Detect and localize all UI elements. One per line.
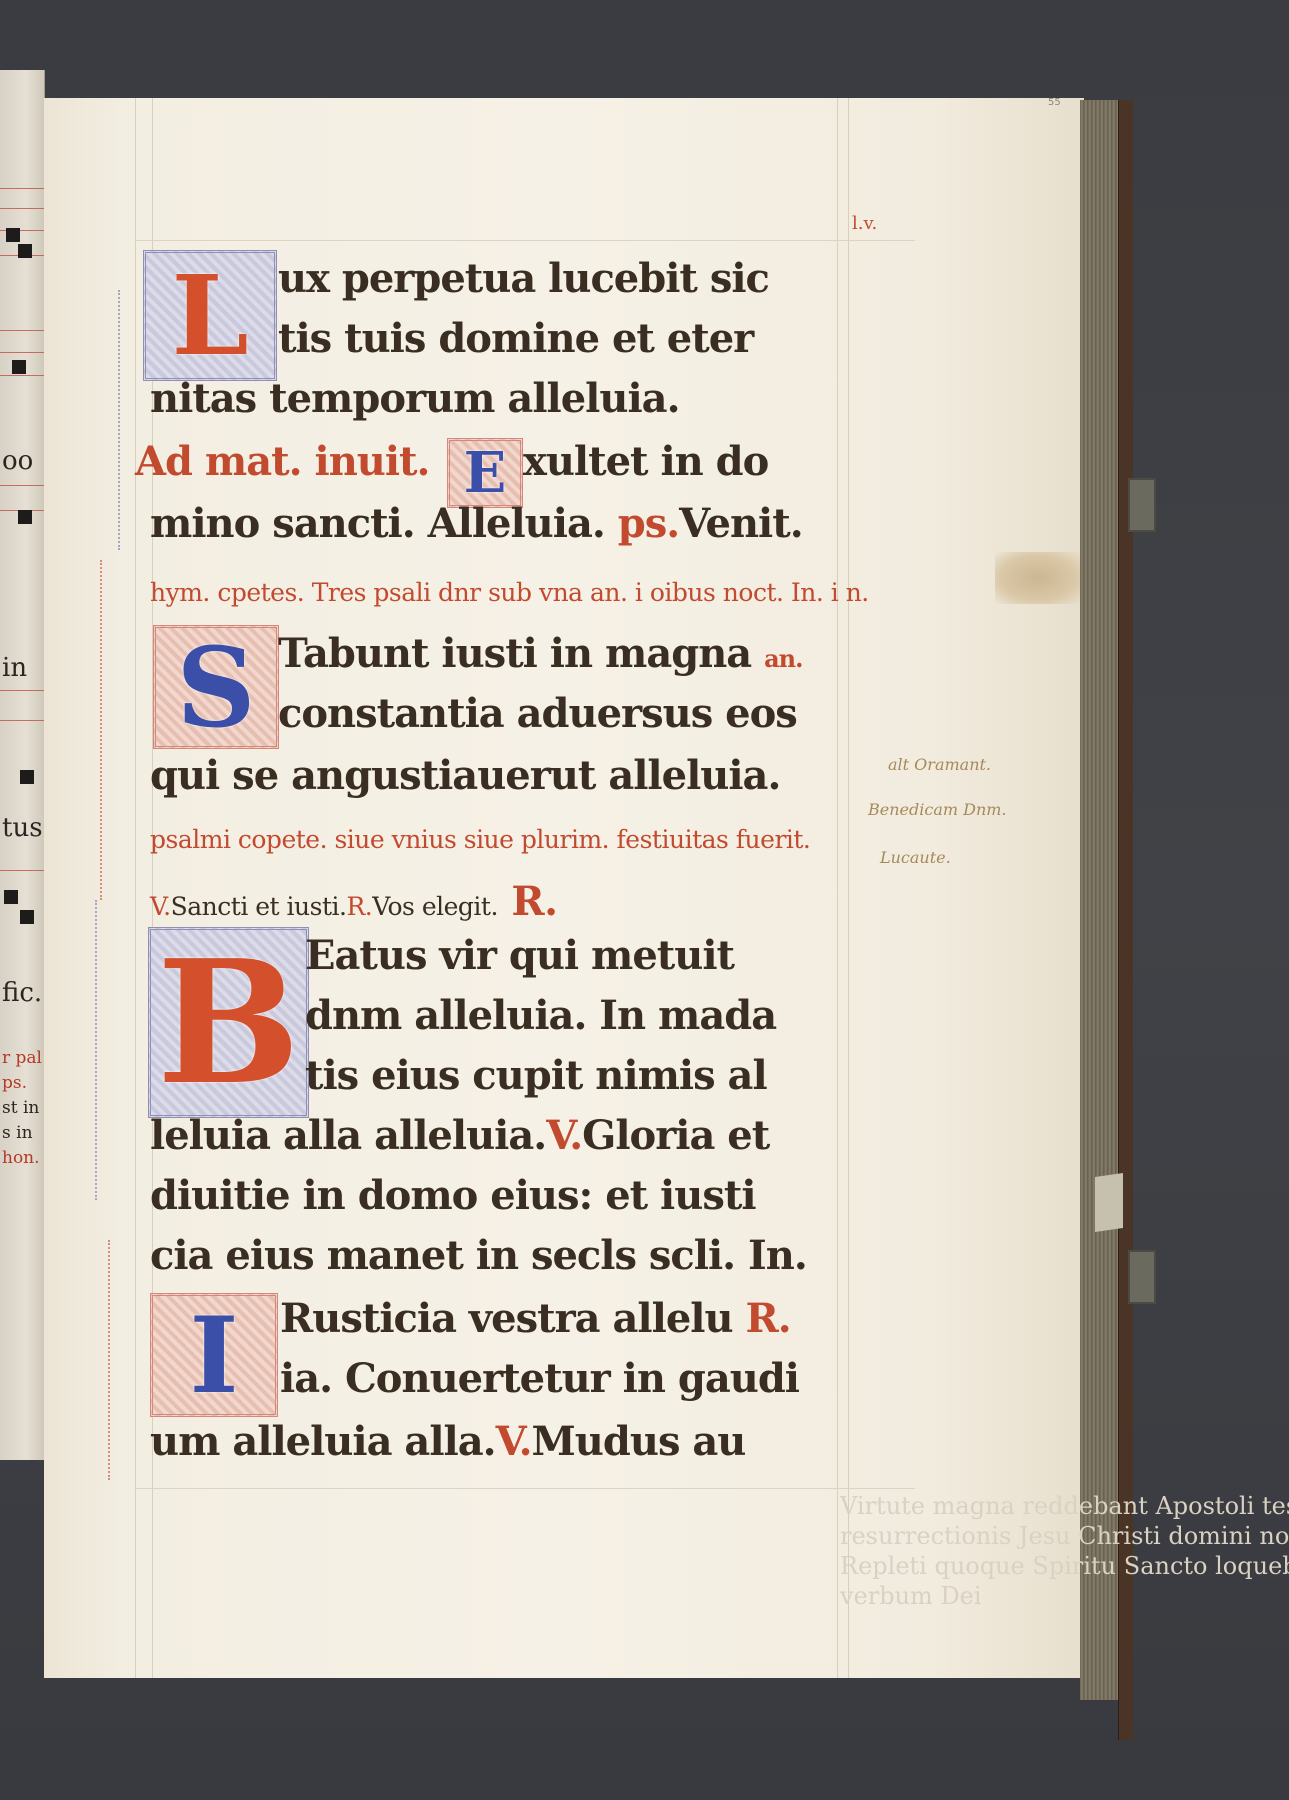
text-line: diuitie in domo eius: et iusti (150, 1172, 756, 1232)
text-line: ia. Conuertetur in gaudi (280, 1355, 799, 1415)
left-page-fragment: in (2, 655, 27, 681)
left-page-fragment: fic. (2, 980, 42, 1006)
chant-note (18, 510, 32, 524)
left-page-fragment: ps. (2, 1070, 27, 1096)
rubric-line: psalmi copete. siue vnius siue plurim. f… (150, 825, 810, 885)
chant-note (4, 890, 18, 904)
staff-line (0, 485, 44, 486)
rubric-line: hym. cpetes. Tres psali dnr sub vna an. … (150, 578, 869, 638)
text-line: qui se angustiauerut alleluia. (150, 752, 780, 812)
left-page-fragment: s in (2, 1120, 33, 1146)
chant-note (6, 228, 20, 242)
margin-note: alt Oramant. (888, 755, 991, 774)
text-line: um alleluia alla.V.Mudus au (150, 1418, 745, 1478)
chant-note (20, 770, 34, 784)
ruling-line (848, 98, 849, 1678)
text-line: cia eius manet in secls scli. In. (150, 1232, 807, 1292)
illuminated-initial-S: S (153, 625, 279, 749)
margin-note: Benedicam Dnm. (868, 800, 1007, 819)
marginal-flourish (108, 1240, 146, 1480)
folio-pencil-number: 55 (1048, 97, 1061, 108)
text-line: ux perpetua lucebit sic (278, 255, 769, 315)
marginal-flourish (95, 900, 133, 1200)
illuminated-initial-I: I (150, 1293, 278, 1417)
left-page-fragment: hon. (2, 1145, 40, 1171)
text-line: leluia alla alleluia.V.Gloria et (150, 1112, 769, 1172)
margin-note: Lucaute. (880, 848, 951, 867)
staff-line (0, 870, 44, 871)
staff-line (0, 720, 44, 721)
text-line: Ad mat. inuit.xultet in do (135, 438, 768, 498)
text-line: constantia aduersus eos (278, 690, 797, 750)
chant-note (18, 244, 32, 258)
ruling-line (837, 98, 838, 1678)
text-line: tis eius cupit nimis al (305, 1052, 767, 1112)
text-line: tis tuis domine et eter (278, 315, 753, 375)
staff-line (0, 690, 44, 691)
staff-line (0, 352, 44, 353)
show-through-text: resurrectionis Jesu Christi domini nostr… (840, 1522, 1289, 1550)
staff-line (0, 330, 44, 331)
parchment-stain (995, 552, 1080, 604)
folio-roman-numeral: l.v. (852, 213, 877, 234)
illuminated-initial-L: L (143, 250, 277, 381)
page-edges (1080, 100, 1120, 1700)
text-line: Eatus vir qui metuit (305, 932, 734, 992)
chant-note (12, 360, 26, 374)
left-page-fragment: oo (2, 448, 33, 474)
left-page-fragment: st in (2, 1095, 39, 1121)
versicle-line: V.Sancti et iusti.R.Vos elegit. R. (150, 878, 558, 938)
illuminated-initial-B: B (148, 927, 309, 1118)
staff-line (0, 188, 44, 189)
staff-line (0, 375, 44, 376)
left-facing-page: oo in tus fic. r pal ps. st in s in hon. (0, 70, 45, 1460)
text-line: Rusticia vestra allelu R. (280, 1295, 791, 1355)
marginal-flourish (100, 560, 138, 900)
left-page-fragment: r pal (2, 1045, 42, 1071)
text-line: nitas temporum alleluia. (150, 375, 680, 435)
page-tab (1095, 1173, 1123, 1232)
text-line: dnm alleluia. In mada (305, 992, 776, 1052)
clasp-icon (1128, 478, 1156, 532)
text-line: mino sancti. Alleluia. ps.Venit. (150, 500, 803, 560)
show-through-text: verbum Dei (840, 1582, 982, 1610)
ruling-line (135, 240, 915, 241)
chant-note (20, 910, 34, 924)
show-through-text: Repleti quoque Spiritu Sancto loquebantu… (840, 1552, 1289, 1580)
left-page-fragment: tus (2, 815, 43, 841)
text-line: Tabunt iusti in magna an. (278, 630, 802, 690)
clasp-icon (1128, 1250, 1156, 1304)
ruling-line (135, 1488, 915, 1489)
show-through-text: Virtute magna reddebant Apostoli testimo… (840, 1492, 1289, 1520)
staff-line (0, 208, 44, 209)
